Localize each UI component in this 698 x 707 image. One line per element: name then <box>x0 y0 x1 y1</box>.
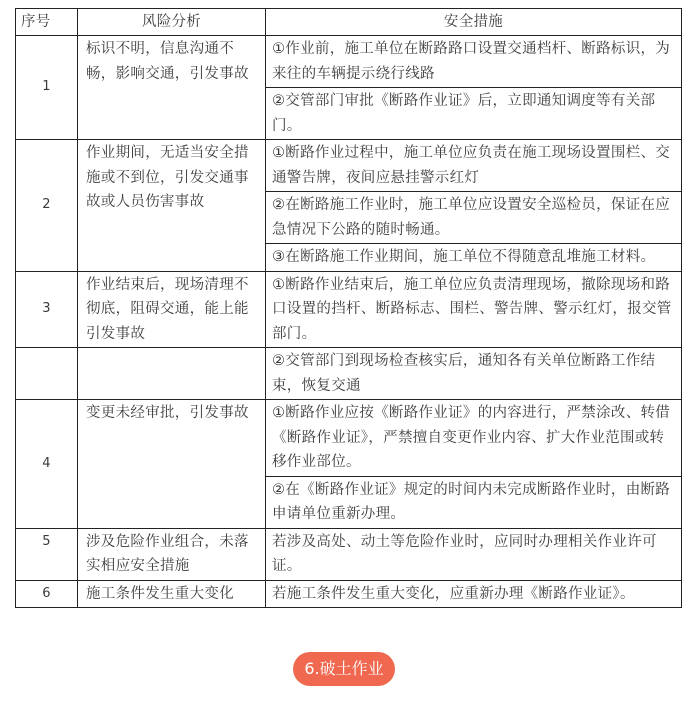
row-number: 6 <box>16 580 78 608</box>
table-row: 1 标识不明，信息沟通不畅，影响交通，引发事故 ①作业前，施工单位在断路路口设置… <box>16 36 682 88</box>
measure-cell: ②在断路施工作业时，施工单位应设置安全巡检员，保证在应急情况下公路的随时畅通。 <box>266 192 682 244</box>
measure-cell: 若施工条件发生重大变化，应重新办理《断路作业证》。 <box>266 580 682 608</box>
row-number: 2 <box>16 140 78 272</box>
measure-cell: ①作业前，施工单位在断路路口设置交通档杆、断路标识，为来往的车辆提示绕行线路 <box>266 36 682 88</box>
risk-cell: 变更未经审批，引发事故 <box>78 400 266 529</box>
header-risk: 风险分析 <box>78 9 266 36</box>
table-row: 2 作业期间，无适当安全措施或不到位，引发交通事故或人员伤害事故 ①断路作业过程… <box>16 140 682 192</box>
risk-measures-table: 序号 风险分析 安全措施 1 标识不明，信息沟通不畅，影响交通，引发事故 ①作业… <box>15 8 682 608</box>
section-heading-badge: 6.破土作业 <box>293 652 395 686</box>
measure-cell: ②交管部门到现场检查核实后，通知各有关单位断路工作结束，恢复交通 <box>266 348 682 400</box>
measure-cell: ②在《断路作业证》规定的时间内未完成断路作业时，由断路申请单位重新办理。 <box>266 476 682 528</box>
table-header-row: 序号 风险分析 安全措施 <box>16 9 682 36</box>
risk-cell: 作业期间，无适当安全措施或不到位，引发交通事故或人员伤害事故 <box>78 140 266 272</box>
row-number <box>16 348 78 400</box>
table-row: 4 变更未经审批，引发事故 ①断路作业应按《断路作业证》的内容进行，严禁涂改、转… <box>16 400 682 477</box>
risk-cell: 施工条件发生重大变化 <box>78 580 266 608</box>
row-number: 3 <box>16 271 78 348</box>
row-number: 5 <box>16 528 78 580</box>
risk-cell: 作业结束后，现场清理不彻底，阻碍交通，能上能引发事故 <box>78 271 266 348</box>
risk-cell: 标识不明，信息沟通不畅，影响交通，引发事故 <box>78 36 266 140</box>
measure-cell: 若涉及高处、动土等危险作业时，应同时办理相关作业许可证。 <box>266 528 682 580</box>
table-row: ②交管部门到现场检查核实后，通知各有关单位断路工作结束，恢复交通 <box>16 348 682 400</box>
risk-cell: 涉及危险作业组合，未落实相应安全措施 <box>78 528 266 580</box>
table-row: 5 涉及危险作业组合，未落实相应安全措施 若涉及高处、动土等危险作业时，应同时办… <box>16 528 682 580</box>
risk-cell <box>78 348 266 400</box>
header-no: 序号 <box>16 9 78 36</box>
measure-cell: ③在断路施工作业期间，施工单位不得随意乱堆施工材料。 <box>266 244 682 272</box>
table-row: 3 作业结束后，现场清理不彻底，阻碍交通，能上能引发事故 ①断路作业结束后，施工… <box>16 271 682 348</box>
row-number: 1 <box>16 36 78 140</box>
measure-cell: ①断路作业结束后，施工单位应负责清理现场，撤除现场和路口设置的挡杆、断路标志、围… <box>266 271 682 348</box>
measure-cell: ①断路作业过程中，施工单位应负责在施工现场设置围栏、交通警告牌，夜间应悬挂警示红… <box>266 140 682 192</box>
row-number: 4 <box>16 400 78 529</box>
measure-cell: ①断路作业应按《断路作业证》的内容进行，严禁涂改、转借《断路作业证》，严禁擅自变… <box>266 400 682 477</box>
measure-cell: ②交管部门审批《断路作业证》后，立即通知调度等有关部门。 <box>266 88 682 140</box>
header-measures: 安全措施 <box>266 9 682 36</box>
table-row: 6 施工条件发生重大变化 若施工条件发生重大变化，应重新办理《断路作业证》。 <box>16 580 682 608</box>
